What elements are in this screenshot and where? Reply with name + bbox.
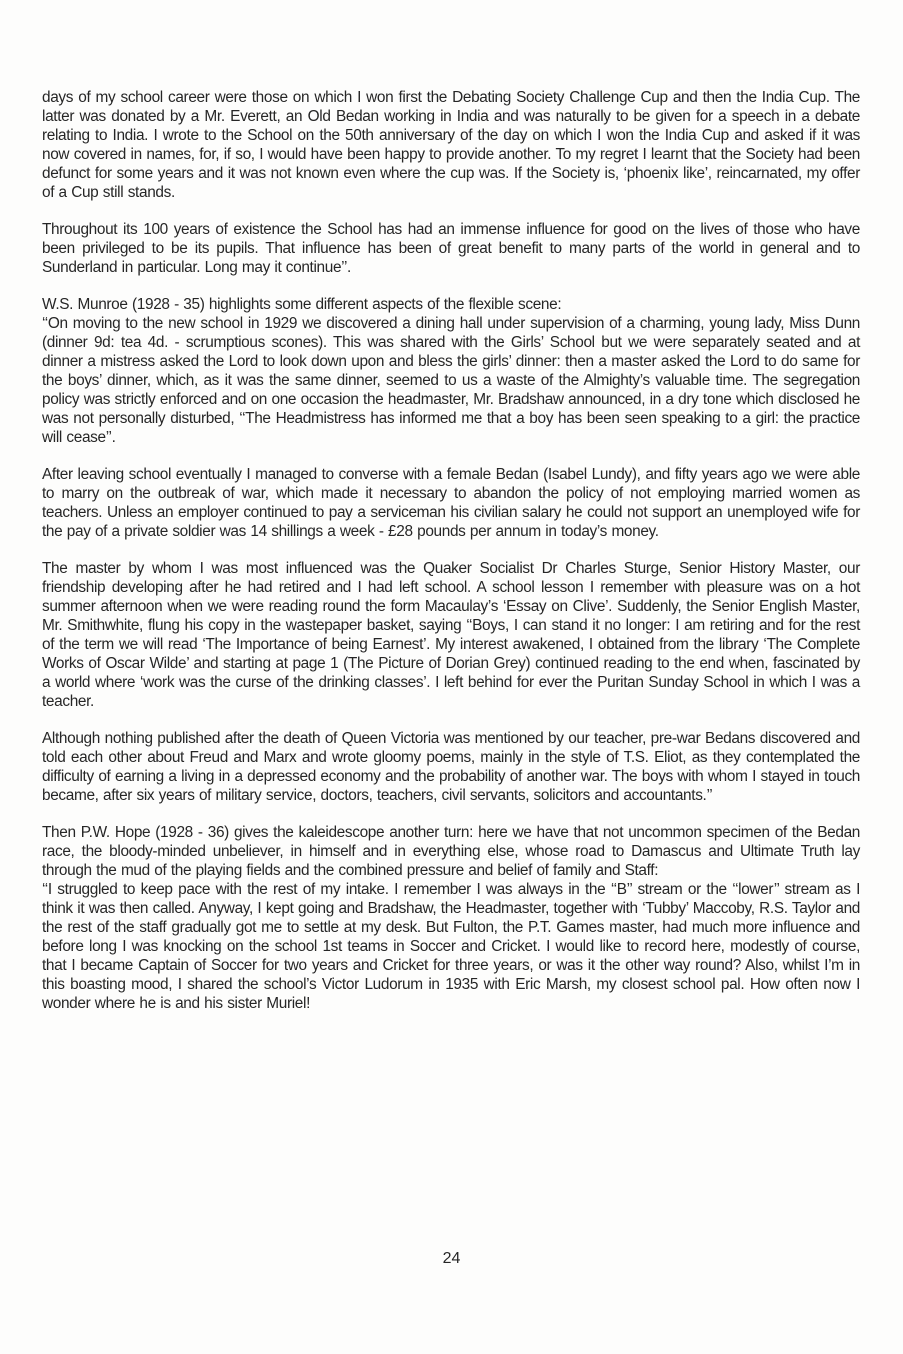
paragraph-munroe-intro: W.S. Munroe (1928 - 35) highlights some … [42, 295, 860, 314]
page-body: days of my school career were those on w… [42, 88, 860, 1031]
paragraph-school-influence: Throughout its 100 years of existence th… [42, 220, 860, 277]
paragraph-charles-sturge: The master by whom I was most influenced… [42, 559, 860, 711]
paragraph-hope-intro: Then P.W. Hope (1928 - 36) gives the kal… [42, 823, 860, 880]
paragraph-isabel-lundy: After leaving school eventually I manage… [42, 465, 860, 541]
paragraph-debating-cup: days of my school career were those on w… [42, 88, 860, 202]
paragraph-dining-hall: ‘‘On moving to the new school in 1929 we… [42, 314, 860, 447]
paragraph-hope-quote: ‘‘I struggled to keep pace with the rest… [42, 880, 860, 1013]
paragraph-queen-victoria: Although nothing published after the dea… [42, 729, 860, 805]
page-number: 24 [0, 1250, 903, 1268]
